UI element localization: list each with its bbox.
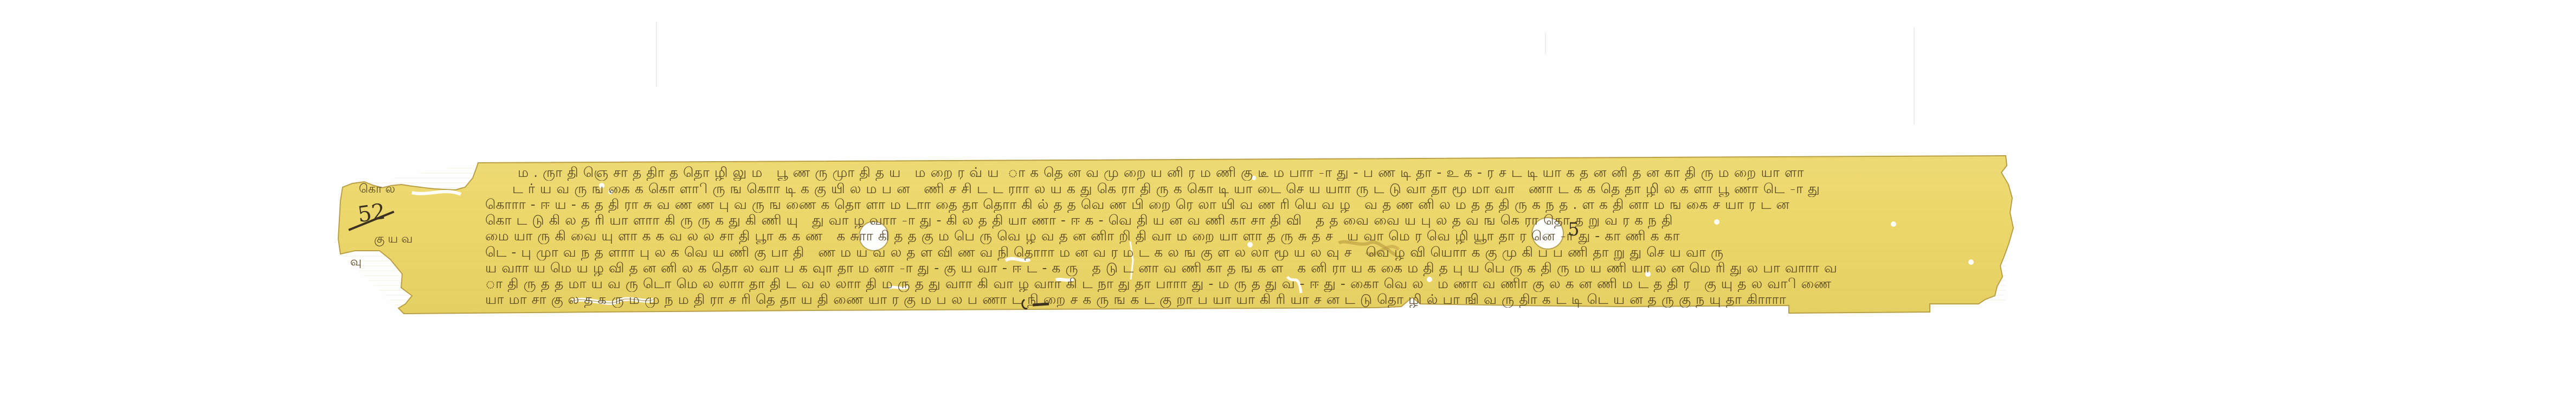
text-line: ம.ருாதிஞெசாததிாததொழிலும பூணருமுாதிதய மறை… [518, 164, 1809, 181]
text-line: டர்யவருஙகைககொளாிருஙகொாடிககுயிலமபன ணிசசிட… [512, 181, 1825, 197]
margin-word: குயவ [374, 232, 416, 247]
text-line: ாதிருததமாயவருடொமெலலாாதாதிடவலலாாதிமருததுவ… [485, 276, 1836, 292]
text-line: டெ-புமுாவநதளாாபுலகவெயணிகுபாதி ணமயவலதளவிண… [485, 244, 1728, 260]
text-line: கொாா-ஈய-கததிராசுவணணபுவருஙணைகதொளாமடாாதைதா… [485, 196, 1794, 213]
margin-word: வு [350, 255, 365, 270]
palm-leaf: கொல குயவ வு 52 5 ம.ருாதிஞெசாததிாததொழிலும… [0, 0, 2576, 420]
text-line: மையாருகிவையுளாககவலலசாதிபூாககண கசுாாகிததக… [485, 228, 1685, 244]
margin-word: கொல [359, 182, 398, 198]
text-line: யவாாயமெயழவிதனனிலகதொலவாபகவுாதாமனா-ாது-குய… [485, 260, 1842, 276]
text-line: கொடடுகிலதரியாளாாகிருருகதுகிணியு துவாழவாா… [485, 212, 1677, 228]
text-line: யாமாசாகுலதகருமமுநமதிராசரிதெதாயதிணையாரகும… [485, 291, 1791, 308]
left-margin: கொல குயவ வு [352, 174, 472, 282]
